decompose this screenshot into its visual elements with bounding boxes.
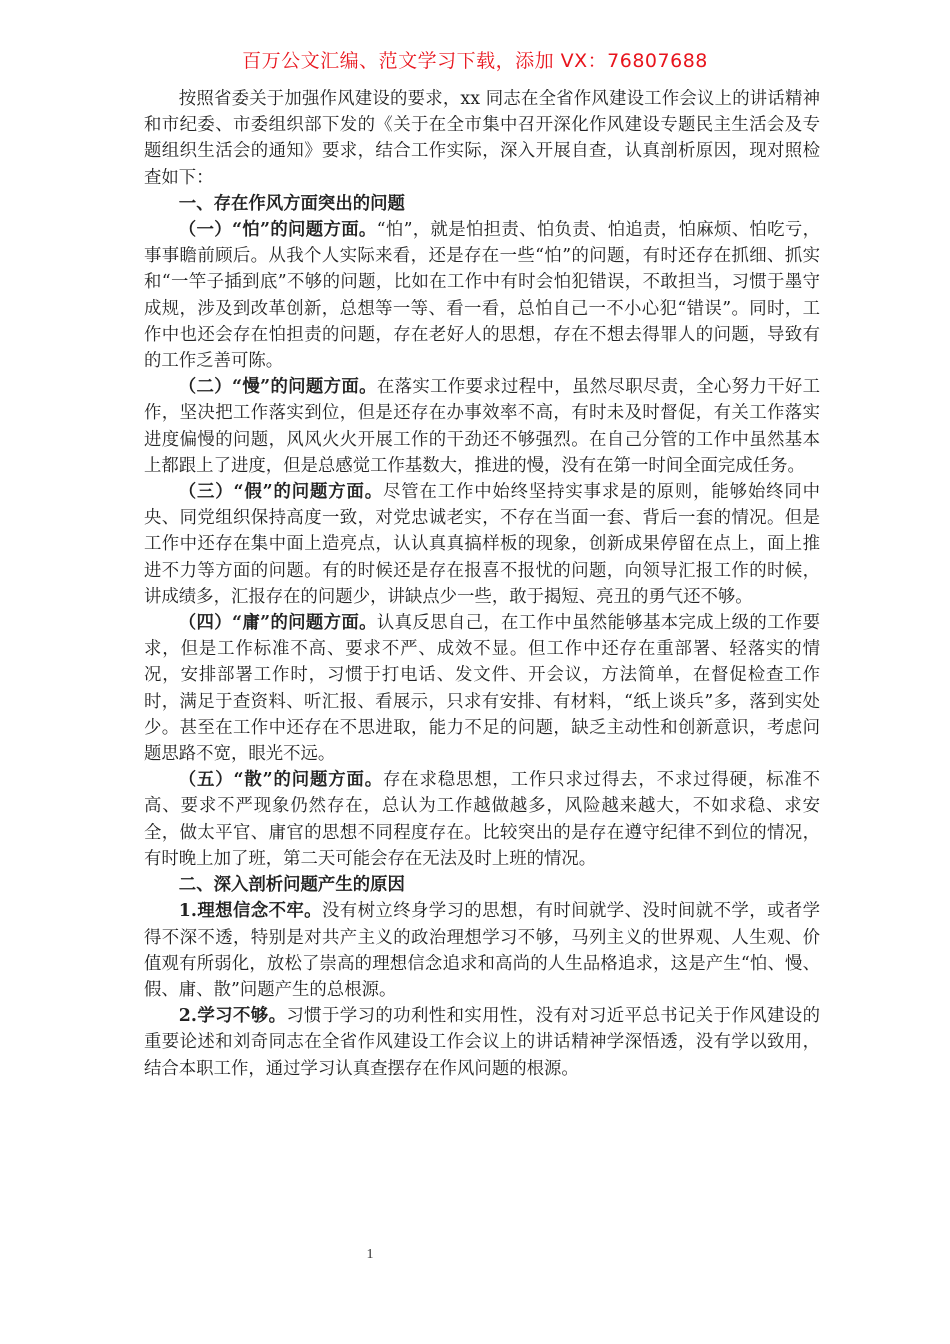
section-heading-2: 二、深入剖析问题产生的原因 — [144, 872, 820, 898]
problem-title: （二）“慢”的问题方面。 — [179, 377, 377, 397]
problem-paragraph-3: （三）“假”的问题方面。尽管在工作中始终坚持实事求是的原则，能够始终同中央、同党… — [144, 479, 820, 610]
problem-body: “怕”，就是怕担责、怕负责、怕追责，怕麻烦、怕吃亏，事事瞻前顾后。从我个人实际来… — [144, 220, 820, 371]
problem-body: 认真反思自己，在工作中虽然能够基本完成上级的工作要求，但是工作标准不高、要求不严… — [144, 613, 820, 764]
problem-title: （三）“假”的问题方面。 — [179, 482, 383, 502]
cause-title: 2.学习不够。 — [179, 1006, 287, 1026]
cause-paragraph-2: 2.学习不够。习惯于学习的功利性和实用性，没有对习近平总书记关于作风建设的重要论… — [144, 1003, 820, 1082]
problem-title: （四）“庸”的问题方面。 — [179, 613, 377, 633]
problem-paragraph-2: （二）“慢”的问题方面。在落实工作要求过程中，虽然尽职尽责，全心努力干好工作，坚… — [144, 374, 820, 479]
cause-title: 1.理想信念不牢。 — [179, 901, 322, 921]
problem-title: （一）“怕”的问题方面。 — [179, 220, 377, 240]
problem-title: （五）“散”的问题方面。 — [179, 770, 383, 790]
document-body: 按照省委关于加强作风建设的要求，xx 同志在全省作风建设工作会议上的讲话精神和市… — [144, 86, 820, 1082]
problem-paragraph-4: （四）“庸”的问题方面。认真反思自己，在工作中虽然能够基本完成上级的工作要求，但… — [144, 610, 820, 767]
cause-paragraph-1: 1.理想信念不牢。没有树立终身学习的思想，有时间就学、没时间就不学，或者学得不深… — [144, 898, 820, 1003]
problem-paragraph-5: （五）“散”的问题方面。存在求稳思想，工作只求过得去，不求过得硬，标准不高、要求… — [144, 767, 820, 872]
watermark-banner: 百万公文汇编、范文学习下载，添加 VX：76807688 — [0, 46, 950, 73]
problem-paragraph-1: （一）“怕”的问题方面。“怕”，就是怕担责、怕负责、怕追责，怕麻烦、怕吃亏，事事… — [144, 217, 820, 374]
intro-paragraph: 按照省委关于加强作风建设的要求，xx 同志在全省作风建设工作会议上的讲话精神和市… — [144, 86, 820, 191]
page-number: 1 — [360, 1247, 380, 1263]
section-heading-1: 一、存在作风方面突出的问题 — [144, 191, 820, 217]
document-page: 百万公文汇编、范文学习下载，添加 VX：76807688 按照省委关于加强作风建… — [0, 0, 950, 1344]
